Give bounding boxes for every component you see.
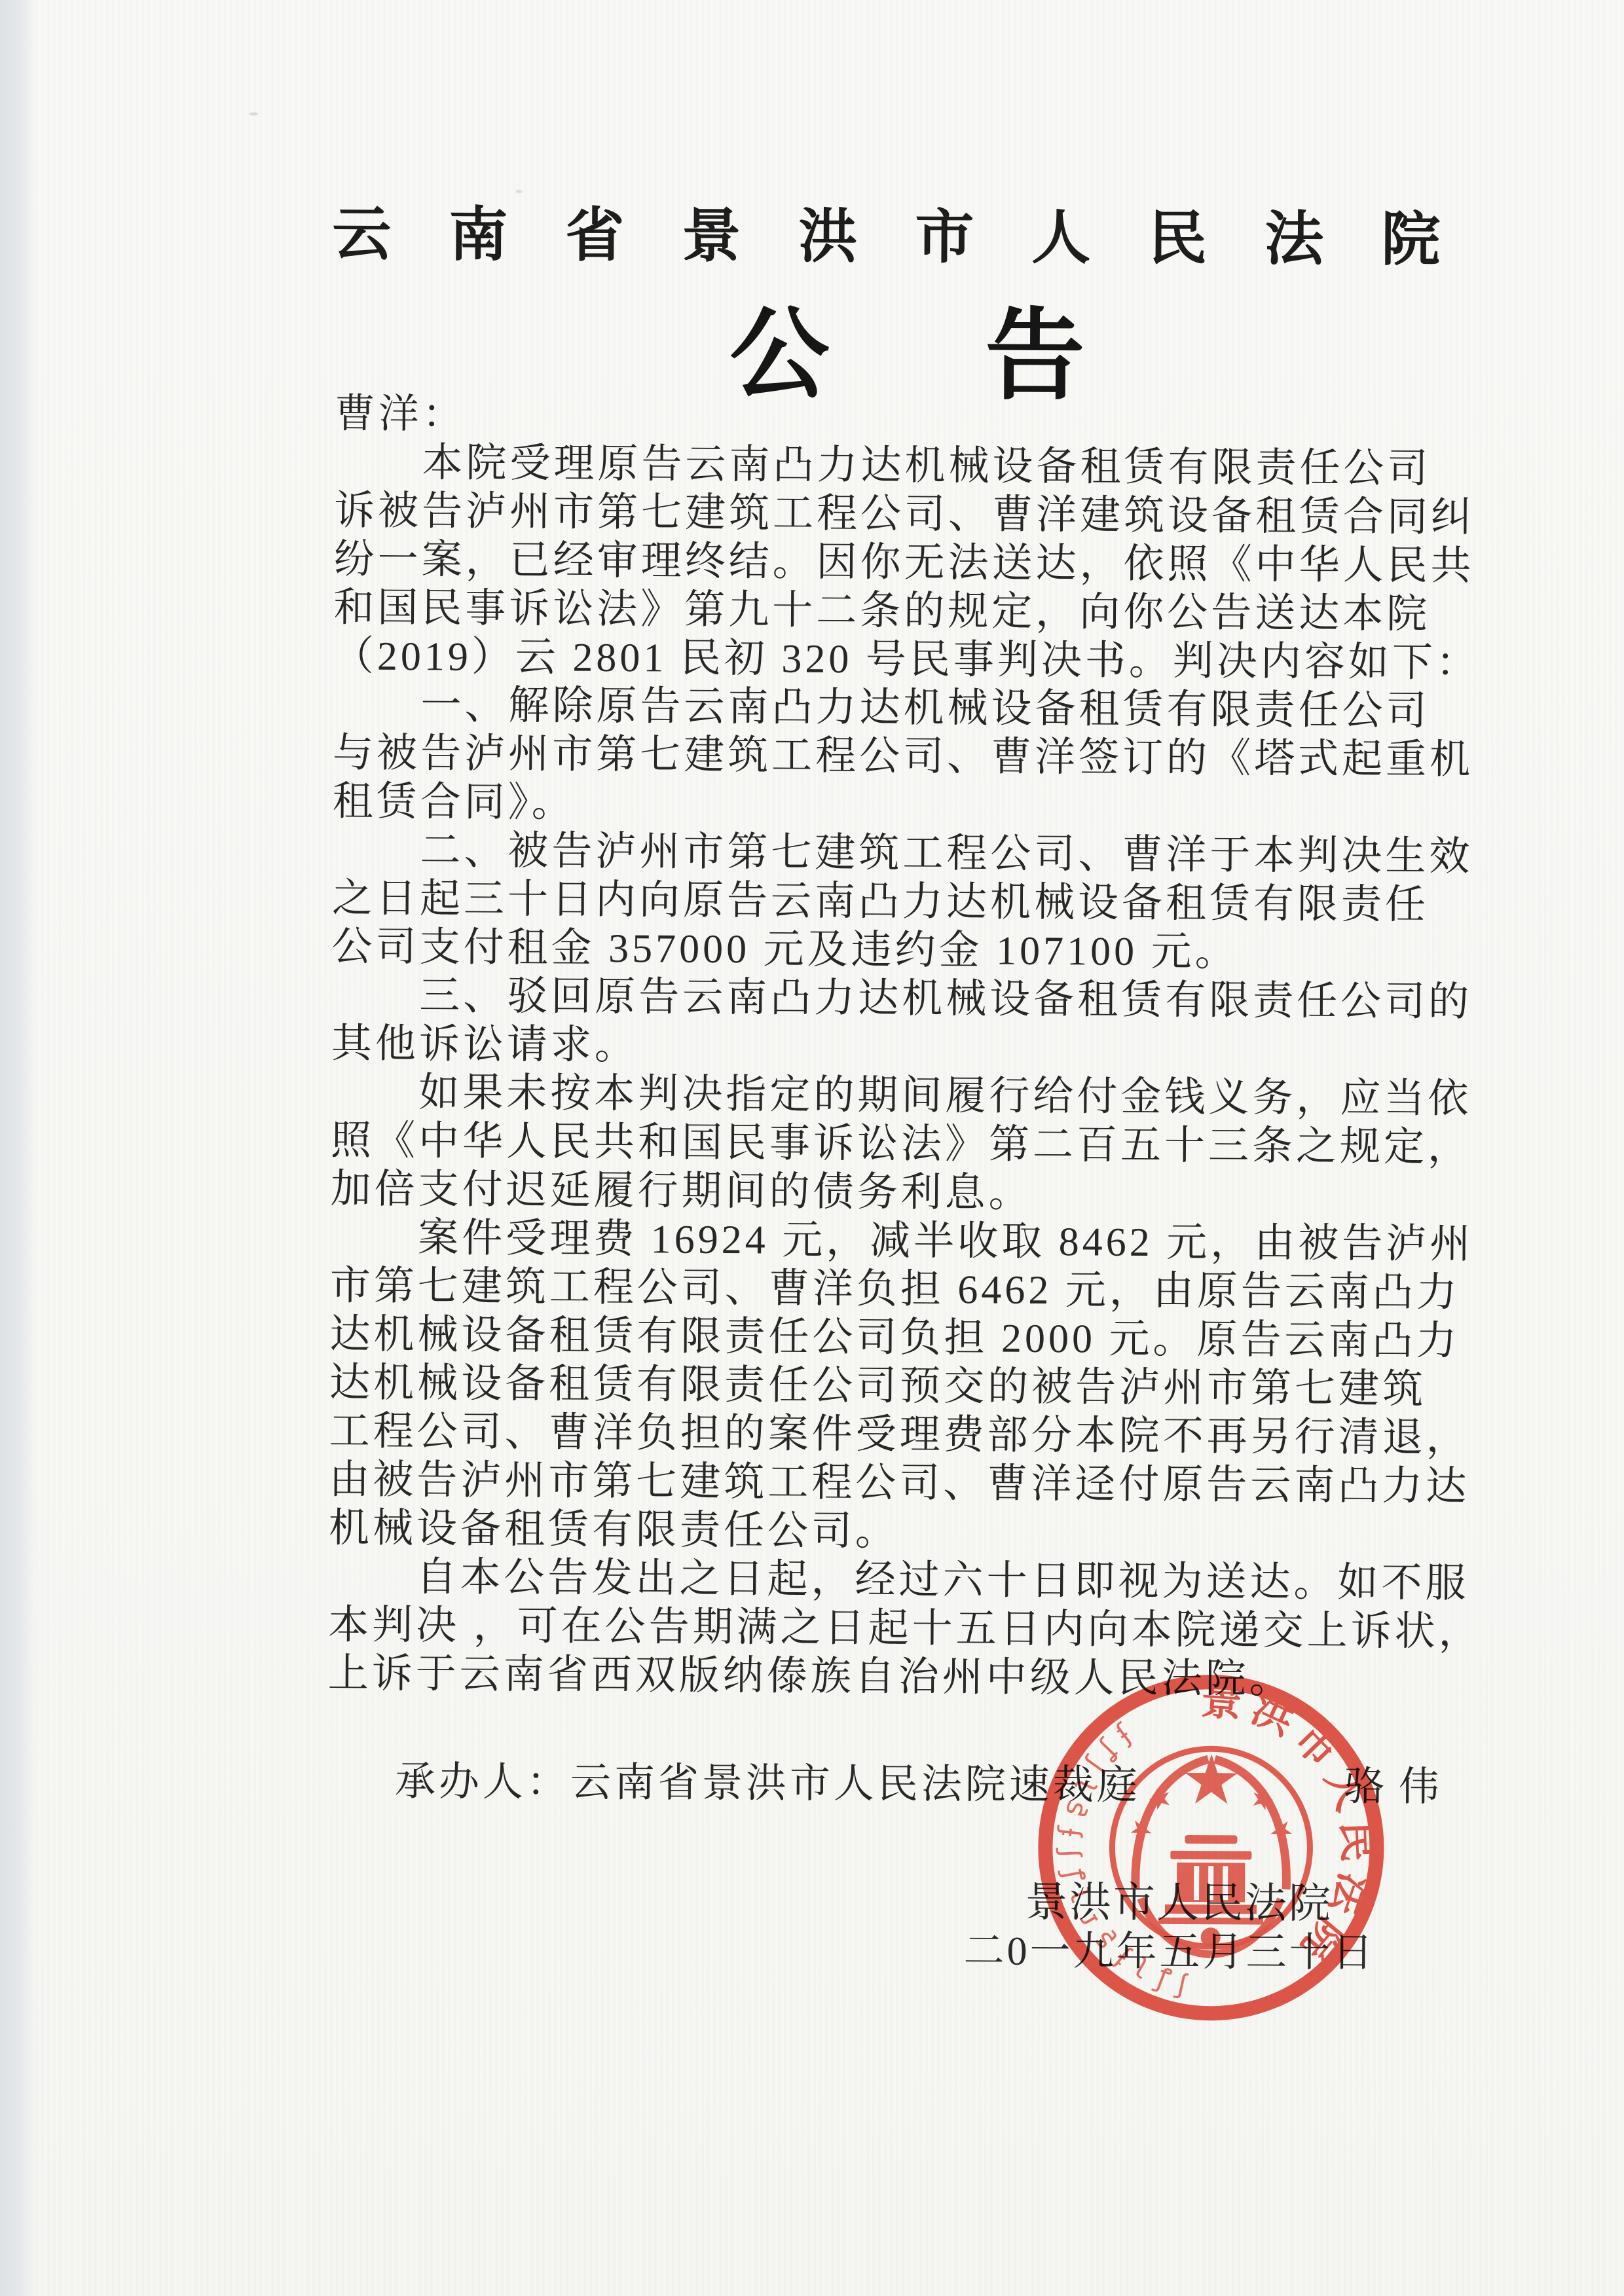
body-line: 二、被告泸州市第七建筑工程公司、曹洋于本判决生效 (332, 826, 1504, 881)
body-line: （2019）云 2801 民初 320 号民事判决书。判决内容如下： (333, 632, 1505, 687)
body-line: 市第七建筑工程公司、曹洋负担 6462 元，由原告云南凸力 (330, 1262, 1502, 1317)
body-line: 一、解除原告云南凸力达机械设备租赁有限责任公司 (333, 680, 1505, 736)
body-line: 达机械设备租赁有限责任公司预交的被告泸州市第七建筑 (329, 1358, 1502, 1414)
body-line: 之日起三十日内向原告云南凸力达机械设备租赁有限责任 (332, 874, 1504, 930)
body-line: 和国民事诉讼法》第九十二条的规定，向你公告送达本院 (333, 583, 1505, 639)
body-line: 机械设备租赁有限责任公司。 (329, 1504, 1501, 1559)
body-line: 由被告泸州市第七建筑工程公司、曹洋迳付原告云南凸力达 (329, 1455, 1501, 1511)
body-line: 本院受理原告云南凸力达机械设备租赁有限责任公司 (334, 438, 1506, 494)
body-line: 本判决 ，可在公告期满之日起十五日内向本院递交上诉状， (328, 1601, 1500, 1656)
national-emblem-icon (1126, 1754, 1297, 1955)
body-line: 租赁合同》。 (333, 777, 1505, 833)
body-line: 公司支付租金 357000 元及违约金 107100 元。 (331, 922, 1504, 978)
body-line: 照《中华人民共和国民事诉讼法》第二百五十三条之规定， (331, 1116, 1503, 1172)
scanned-court-announcement-page: 云南省景洪市人民法院 公告 曹洋： 本院受理原告云南凸力达机械设备租赁有限责任公… (0, 0, 1624, 2296)
scan-speck (249, 112, 258, 115)
seal-graphic: 景洪市人民法院 ʃʆʅʄʂɾʅʆʃʄʂʅʃʆʄ (1035, 1672, 1387, 2024)
body-line: 三、驳回原告云南凸力达机械设备租赁有限责任公司的 (331, 971, 1504, 1027)
official-court-seal: 景洪市人民法院 ʃʆʅʄʂɾʅʆʃʄʂʅʃʆʄ (1035, 1672, 1387, 2024)
body-line: 纷一案，已经审理终结。因你无法送达，依照《中华人民共 (333, 535, 1505, 591)
body-line: 加倍支付迟延履行期间的债务利息。 (330, 1165, 1502, 1220)
body-line: 曹洋： (335, 390, 1507, 445)
scan-speck (516, 190, 523, 194)
announcement-body: 曹洋： 本院受理原告云南凸力达机械设备租赁有限责任公司诉被告泸州市第七建筑工程公… (328, 390, 1507, 1704)
body-line: 诉被告泸州市第七建筑工程公司、曹洋建筑设备租赁合同纠 (334, 486, 1506, 542)
body-line: 其他诉讼请求。 (331, 1019, 1504, 1075)
body-line: 如果未按本判决指定的期间履行给付金钱义务，应当依 (331, 1068, 1503, 1123)
body-line: 与被告泸州市第七建筑工程公司、曹洋签订的《塔式起重机 (333, 729, 1505, 784)
document-sheet: 云南省景洪市人民法院 公告 曹洋： 本院受理原告云南凸力达机械设备租赁有限责任公… (0, 0, 1624, 2296)
body-line: 案件受理费 16924 元，减半收取 8462 元，由被告泸州 (330, 1213, 1502, 1269)
body-line: 达机械设备租赁有限责任公司负担 2000 元。原告云南凸力 (329, 1310, 1502, 1366)
court-title: 云南省景洪市人民法院 (332, 186, 1498, 277)
body-line: 工程公司、曹洋负担的案件受理费部分本院不再另行清退， (329, 1407, 1501, 1463)
body-line: 自本公告发出之日起，经过六十日即视为送达。如不服 (328, 1552, 1500, 1608)
undertaker-label: 承办人：云南省景洪市人民法院速裁庭 (395, 1758, 1141, 1810)
